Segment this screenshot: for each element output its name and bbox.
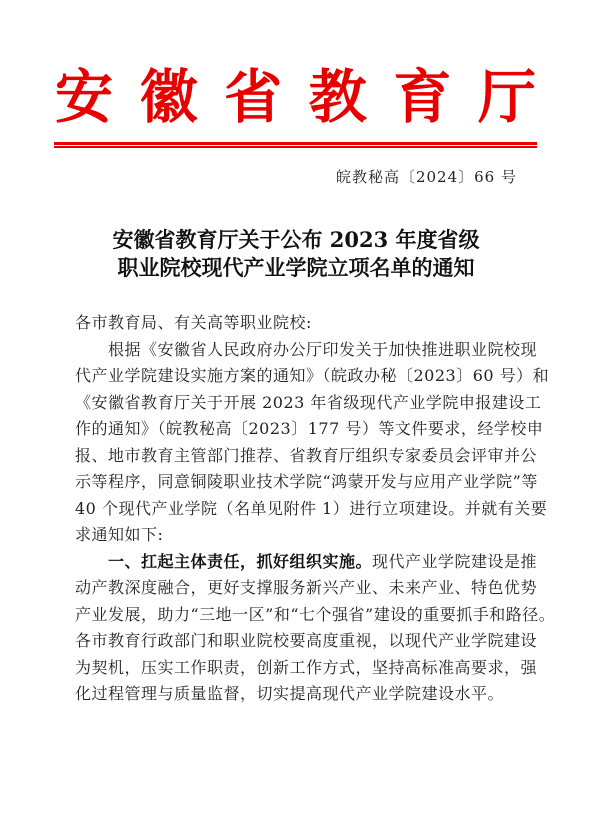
paragraph-line: 报、地市教育主管部门推荐、省教育厅组织专家委员会评审并公 (75, 443, 519, 470)
masthead-char: 育 (392, 62, 452, 132)
section-1-first-line: 一、扛起主体责任，抓好组织实施。现代产业学院建设是推 (75, 549, 519, 576)
paragraph-line: 为契机，压实工作职责，创新工作方式，坚持高标准高要求，强 (75, 655, 519, 682)
document-title-line-1: 安徽省教育厅关于公布 2023 年度省级 (60, 226, 532, 254)
document-number: 皖教秘高〔2024〕66 号 (336, 166, 517, 188)
rule-line-thin (54, 146, 537, 148)
paragraph-line: 化过程管理与质量监督，切实提高现代产业学院建设水平。 (75, 681, 519, 708)
salutation: 各市教育局、有关高等职业院校: (75, 310, 519, 337)
section-1-heading: 一、扛起主体责任，抓好组织实施。 (75, 552, 372, 571)
paragraph-line: 示等程序，同意铜陵职业技术学院“鸿蒙开发与应用产业学院”等 (75, 469, 519, 496)
paragraph-line: 根据《安徽省人民政府办公厅印发关于加快推进职业院校现 (75, 337, 519, 364)
masthead-char: 教 (308, 62, 368, 132)
document-body: 各市教育局、有关高等职业院校: 根据《安徽省人民政府办公厅印发关于加快推进职业院… (75, 310, 519, 708)
paragraph-line: 代产业学院建设实施方案的通知》（皖政办秘〔2023〕60 号）和 (75, 363, 519, 390)
paragraph-line: 作的通知》（皖教秘高〔2023〕177 号）等文件要求，经学校申 (75, 416, 519, 443)
masthead-char: 徽 (139, 62, 199, 132)
paragraph-line: 40 个现代产业学院（名单见附件 1）进行立项建设。并就有关要 (75, 496, 519, 523)
paragraph-line: 动产教深度融合，更好支撑服务新兴产业、未来产业、特色优势 (75, 575, 519, 602)
paragraph-line: 产业发展，助力“三地一区”和“七个强省”建设的重要抓手和路径。 (75, 602, 519, 629)
paragraph-line: 各市教育行政部门和职业院校要高度重视，以现代产业学院建设 (75, 628, 519, 655)
masthead-char: 厅 (477, 62, 537, 132)
document-page: 安 徽 省 教 育 厅 皖教秘高〔2024〕66 号 安徽省教育厅关于公布 20… (0, 0, 592, 836)
paragraph-line: 《安徽省教育厅关于开展 2023 年省级现代产业学院申报建设工 (75, 390, 519, 417)
section-1-text: 现代产业学院建设是推 (372, 552, 537, 571)
rule-line-thick (54, 142, 537, 145)
masthead-title: 安 徽 省 教 育 厅 (54, 62, 537, 132)
document-title-line-2: 职业院校现代产业学院立项名单的通知 (60, 254, 532, 282)
red-header-rule (54, 142, 537, 149)
masthead-char: 省 (223, 62, 283, 132)
paragraph-line: 求通知如下: (75, 522, 519, 549)
masthead-char: 安 (54, 62, 114, 132)
